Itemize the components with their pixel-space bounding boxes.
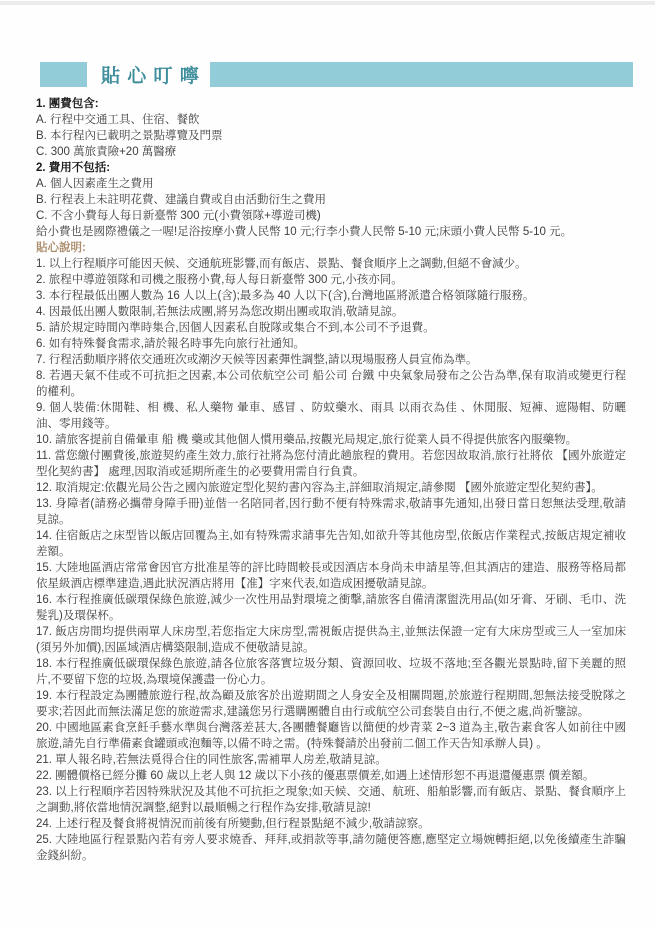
note-item: 20. 中國地區素食烹飪手藝水準與台灣落差甚大,各團體餐廳皆以簡便的炒青菜 2~…: [36, 720, 626, 752]
fees-include-item: C. 300 萬旅責險+20 萬醫療: [36, 144, 626, 160]
note-item: 18. 本行程推廣低碳環保綠色旅遊,請各位旅客落實垃圾分類、資源回收、垃圾不落地…: [36, 656, 626, 688]
note-item: 2. 旅程中導遊領隊和司機之服務小費,每人每日新臺幣 300 元,小孩亦同。: [36, 272, 626, 288]
note-item: 17. 飯店房間均提供兩單人床房型,若您指定大床房型,需視飯店提供為主,並無法保…: [36, 624, 626, 656]
note-item: 5. 請於規定時間內準時集合,因個人因素私自脫隊或集合不到,本公司不予退費。: [36, 320, 626, 336]
note-item: 14. 住宿飯店之床型皆以飯店回覆為主,如有特殊需求請事先告知,如欲升等其他房型…: [36, 528, 626, 560]
note-item: 22. 團體價格已經分攤 60 歲以上老人與 12 歲以下小孩的優惠票價差,如遇…: [36, 768, 626, 784]
fees-exclude-item: A. 個人因素產生之費用: [36, 176, 626, 192]
note-item: 11. 當您繳付團費後,旅遊契約產生效力,旅行社將為您付清此趟旅程的費用。若您因…: [36, 448, 626, 480]
note-item: 7. 行程活動順序將依交通班次或潮汐天候等因素彈性調整,請以現場服務人員宣佈為準…: [36, 352, 626, 368]
fees-include-header: 1. 團費包含:: [36, 96, 626, 112]
note-item: 21. 單人報名時,若無法覓得合住的同性旅客,需補單人房差,敬請見諒。: [36, 752, 626, 768]
note-item: 3. 本行程最低出團人數為 16 人以上(含);最多為 40 人以下(含),台灣…: [36, 288, 626, 304]
note-item: 16. 本行程推廣低碳環保綠色旅遊,減少一次性用品對環境之衝擊,請旅客自備清潔盥…: [36, 592, 626, 624]
fees-include-item: B. 本行程內已載明之景點導覽及門票: [36, 128, 626, 144]
section-header: 貼 心 叮 嚀: [0, 62, 655, 87]
page-title: 貼 心 叮 嚀: [101, 61, 200, 88]
fees-exclude-header: 2. 費用不包括:: [36, 160, 626, 176]
document-page: 貼 心 叮 嚀 1. 團費包含: A. 行程中交通工具、住宿、餐飲 B. 本行程…: [0, 0, 655, 926]
note-item: 15. 大陸地區酒店常常會因官方批准星等的評比時間較長或因酒店本身尚未申請星等,…: [36, 560, 626, 592]
note-item: 6. 如有特殊餐食需求,請於報名時事先向旅行社通知。: [36, 336, 626, 352]
tip-note: 給小費也是國際禮儀之一喔!足浴按摩小費人民幣 10 元;行李小費人民幣 5-10…: [36, 224, 626, 240]
note-item: 12. 取消規定:依觀光局公告之國內旅遊定型化契約書內容為主,詳細取消規定,請參…: [36, 480, 626, 496]
note-item: 10. 請旅客提前自備暈車 船 機 藥或其他個人慣用藥品,按觀光局規定,旅行從業…: [36, 432, 626, 448]
fees-include-list: A. 行程中交通工具、住宿、餐飲 B. 本行程內已載明之景點導覽及門票 C. 3…: [36, 112, 626, 160]
note-item: 8. 若遇天氣不佳或不可抗拒之因素,本公司依航空公司 船公司 台鐵 中央氣象局發…: [36, 368, 626, 400]
document-body: 1. 團費包含: A. 行程中交通工具、住宿、餐飲 B. 本行程內已載明之景點導…: [36, 96, 626, 864]
fees-exclude-list: A. 個人因素產生之費用 B. 行程表上未註明花費、建議自費或自由活動衍生之費用…: [36, 176, 626, 224]
note-item: 13. 身障者(請務必攜帶身障手冊)並偕一名陪同者,因行動不便有特殊需求,敬請事…: [36, 496, 626, 528]
note-item: 24. 上述行程及餐食將視情況而前後有所變動,但行程景點絕不減少,敬請諒察。: [36, 816, 626, 832]
fees-include-item: A. 行程中交通工具、住宿、餐飲: [36, 112, 626, 128]
note-item: 9. 個人裝備:休閒鞋、相 機、私人藥物 暈車、感冒 、防蚊藥水、雨具 以雨衣為…: [36, 400, 626, 432]
header-accent-bar-right: [210, 62, 633, 87]
note-item: 4. 因最低出團人數限制,若無法成團,將另為您改期出團或取消,敬請見諒。: [36, 304, 626, 320]
note-item: 1. 以上行程順序可能因天候、交通航班影響,而有飯店、景點、餐食順序上之調動,但…: [36, 256, 626, 272]
fees-exclude-item: C. 不含小費每人每日新臺幣 300 元(小費領隊+導遊司機): [36, 208, 626, 224]
top-border-strip: [0, 1, 655, 5]
notes-list: 1. 以上行程順序可能因天候、交通航班影響,而有飯店、景點、餐食順序上之調動,但…: [36, 256, 626, 864]
header-accent-block-left: [40, 62, 87, 87]
note-item: 19. 本行程設定為團體旅遊行程,故為顧及旅客於出遊期間之人身安全及相關問題,於…: [36, 688, 626, 720]
note-item: 25. 大陸地區行程景點內若有旁人要求燒香、拜拜,或捐款等事,請勿隨便答應,應堅…: [36, 832, 626, 864]
notes-header: 貼心說明:: [36, 240, 626, 256]
fees-exclude-item: B. 行程表上未註明花費、建議自費或自由活動衍生之費用: [36, 192, 626, 208]
note-item: 23. 以上行程順序若因特殊狀況及其他不可抗拒之現象;如天候、交通、航班、船舶影…: [36, 784, 626, 816]
